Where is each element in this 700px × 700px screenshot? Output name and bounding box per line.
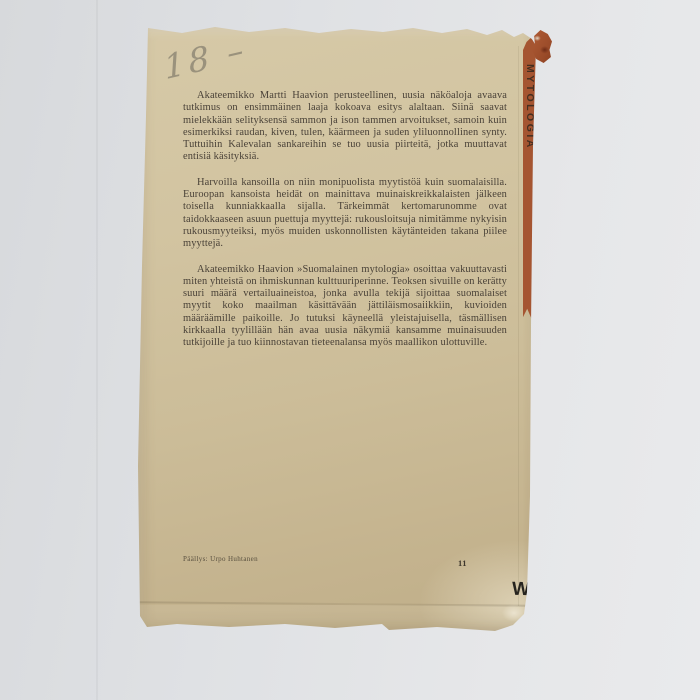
book-back-cover: 18 – Akateemikko Martti Haavion perustee… bbox=[137, 26, 537, 633]
spine-strip: MYTOLOGIA bbox=[523, 38, 537, 320]
publisher-logo-w: W bbox=[512, 579, 531, 601]
handwritten-price: 18 – bbox=[162, 28, 254, 87]
photo-background: 18 – Akateemikko Martti Haavion perustee… bbox=[0, 0, 700, 700]
blurb-paragraph-2: Harvoilla kansoilla on niin monipuolista… bbox=[183, 177, 507, 251]
corner-wear-spot bbox=[499, 602, 529, 624]
printed-number: 11 bbox=[458, 558, 467, 568]
crease-line-right bbox=[518, 46, 519, 606]
blurb-paragraph-1: Akateemikko Martti Haavion perusteelline… bbox=[183, 90, 507, 164]
spine-title: MYTOLOGIA bbox=[524, 64, 536, 150]
bottom-wear-strip bbox=[137, 605, 533, 633]
blurb-paragraph-3: Akateemikko Haavion »Suomalainen mytolog… bbox=[183, 264, 507, 350]
background-edge-line bbox=[96, 0, 98, 700]
blurb-text: Akateemikko Martti Haavion perusteelline… bbox=[183, 90, 507, 363]
cover-design-credit: Päällys: Urpo Huhtanen bbox=[183, 555, 258, 563]
